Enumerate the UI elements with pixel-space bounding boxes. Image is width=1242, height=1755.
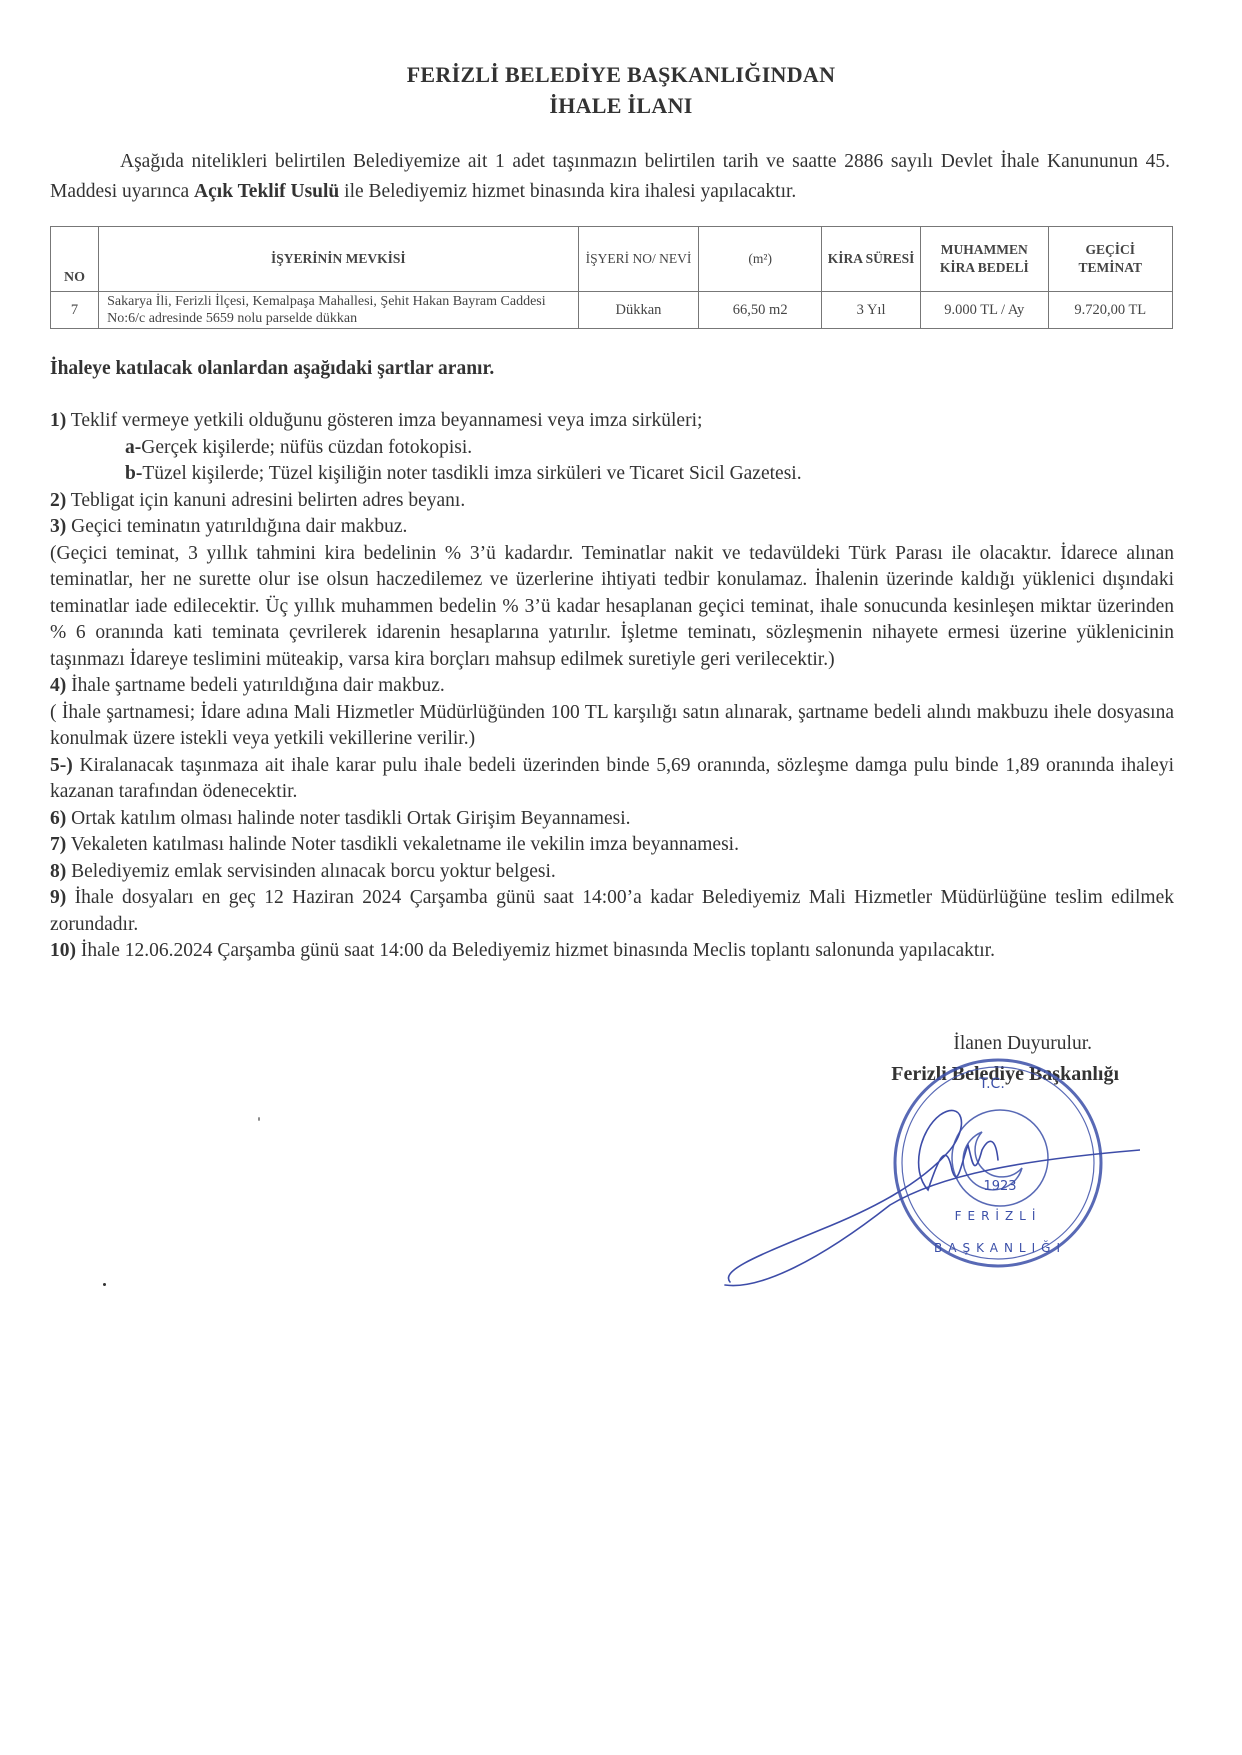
condition-number: 3): [50, 516, 66, 537]
cell-rent: 9.000 TL / Ay: [921, 292, 1048, 329]
condition-text: Kiralanacak taşınmaza ait ihale karar pu…: [50, 755, 1174, 803]
document-title: FERİZLİ BELEDİYE BAŞKANLIĞINDAN: [0, 62, 1242, 88]
intro-text-bold: Açık Teklif Usulü: [194, 181, 339, 202]
condition-item: 1) Teklif vermeye yetkili olduğunu göste…: [50, 408, 1174, 435]
cell-location: Sakarya İli, Ferizli İlçesi, Kemalpaşa M…: [99, 292, 579, 329]
condition-text: İhale dosyaları en geç 12 Haziran 2024 Ç…: [50, 887, 1174, 935]
condition-text: Gerçek kişilerde; nüfüs cüzdan fotokopis…: [141, 437, 472, 458]
condition-number: 1): [50, 410, 66, 431]
condition-item: 10) İhale 12.06.2024 Çarşamba günü saat …: [50, 938, 1174, 965]
header-rent: MUHAMMEN KİRA BEDELİ: [921, 227, 1048, 292]
condition-number: 4): [50, 675, 66, 696]
cell-no: 7: [51, 292, 99, 329]
table-row: 7 Sakarya İli, Ferizli İlçesi, Kemalpaşa…: [51, 292, 1173, 329]
condition-item: 5-) Kiralanacak taşınmaza ait ihale kara…: [50, 753, 1174, 806]
svg-text:FERİZLİ: FERİZLİ: [955, 1208, 1042, 1223]
condition-number: 8): [50, 861, 66, 882]
condition-item: 3) Geçici teminatın yatırıldığına dair m…: [50, 514, 1174, 541]
signature-icon: [725, 1110, 1140, 1285]
condition-number: 7): [50, 834, 66, 855]
svg-text:BAŞKANLIĞI: BAŞKANLIĞI: [934, 1240, 1066, 1255]
svg-text:1923: 1923: [983, 1179, 1016, 1194]
intro-text-part2: ile Belediyemiz hizmet binasında kira ih…: [339, 181, 796, 202]
cell-term: 3 Yıl: [822, 292, 921, 329]
svg-text:T.C.: T.C.: [978, 1076, 1005, 1092]
condition-text: Vekaleten katılması halinde Noter tasdik…: [66, 834, 739, 855]
header-term: KİRA SÜRESİ: [822, 227, 921, 292]
conditions-heading: İhaleye katılacak olanlardan aşağıdaki ş…: [50, 358, 494, 380]
condition-item: 8) Belediyemiz emlak servisinden alınaca…: [50, 859, 1174, 886]
conditions-list: 1) Teklif vermeye yetkili olduğunu göste…: [50, 408, 1174, 965]
document-subtitle: İHALE İLANI: [0, 93, 1242, 119]
condition-item: (Geçici teminat, 3 yıllık tahmini kira b…: [50, 541, 1174, 674]
condition-number: 2): [50, 490, 66, 511]
condition-number: 5-): [50, 755, 73, 776]
condition-text: ( İhale şartnamesi; İdare adına Mali Hiz…: [50, 702, 1174, 750]
condition-number: a-: [125, 437, 141, 458]
tender-table: NO İŞYERİNİN MEVKİSİ İŞYERİ NO/ NEVİ (m²…: [50, 226, 1173, 329]
condition-text: Tüzel kişilerde; Tüzel kişiliğin noter t…: [142, 463, 801, 484]
intro-paragraph: Aşağıda nitelikleri belirtilen Belediyem…: [50, 147, 1170, 207]
condition-item: b-Tüzel kişilerde; Tüzel kişiliğin noter…: [50, 461, 1174, 488]
condition-item: a-Gerçek kişilerde; nüfüs cüzdan fotokop…: [50, 435, 1174, 462]
condition-text: Belediyemiz emlak servisinden alınacak b…: [66, 861, 556, 882]
header-location: İŞYERİNİN MEVKİSİ: [99, 227, 579, 292]
header-no: NO: [51, 227, 99, 292]
cell-area: 66,50 m2: [699, 292, 822, 329]
header-type: İŞYERİ NO/ NEVİ: [578, 227, 699, 292]
condition-item: 7) Vekaleten katılması halinde Noter tas…: [50, 832, 1174, 859]
condition-text: İhale 12.06.2024 Çarşamba günü saat 14:0…: [76, 940, 995, 961]
scan-speck: [258, 1117, 260, 1121]
cell-deposit: 9.720,00 TL: [1048, 292, 1173, 329]
condition-item: ( İhale şartnamesi; İdare adına Mali Hiz…: [50, 700, 1174, 753]
condition-text: (Geçici teminat, 3 yıllık tahmini kira b…: [50, 543, 1174, 670]
cell-type: Dükkan: [578, 292, 699, 329]
condition-text: Tebligat için kanuni adresini belirten a…: [66, 490, 465, 511]
condition-number: 10): [50, 940, 76, 961]
header-area: (m²): [699, 227, 822, 292]
header-deposit: GEÇİCİ TEMİNAT: [1048, 227, 1173, 292]
condition-item: 6) Ortak katılım olması halinde noter ta…: [50, 806, 1174, 833]
condition-item: 9) İhale dosyaları en geç 12 Haziran 202…: [50, 885, 1174, 938]
condition-number: 9): [50, 887, 66, 908]
scan-speck: [103, 1283, 106, 1286]
official-stamp-and-signature: 1923 T.C. FERİZLİ BAŞKANLIĞI: [700, 1040, 1140, 1300]
table-header-row: NO İŞYERİNİN MEVKİSİ İŞYERİ NO/ NEVİ (m²…: [51, 227, 1173, 292]
condition-number: 6): [50, 808, 66, 829]
condition-text: Ortak katılım olması halinde noter tasdi…: [66, 808, 630, 829]
condition-text: Teklif vermeye yetkili olduğunu gösteren…: [66, 410, 702, 431]
condition-item: 2) Tebligat için kanuni adresini belirte…: [50, 488, 1174, 515]
stamp-icon: 1923 T.C. FERİZLİ BAŞKANLIĞI: [895, 1060, 1101, 1266]
condition-text: İhale şartname bedeli yatırıldığına dair…: [66, 675, 444, 696]
condition-text: Geçici teminatın yatırıldığına dair makb…: [66, 516, 407, 537]
condition-item: 4) İhale şartname bedeli yatırıldığına d…: [50, 673, 1174, 700]
condition-number: b-: [125, 463, 142, 484]
